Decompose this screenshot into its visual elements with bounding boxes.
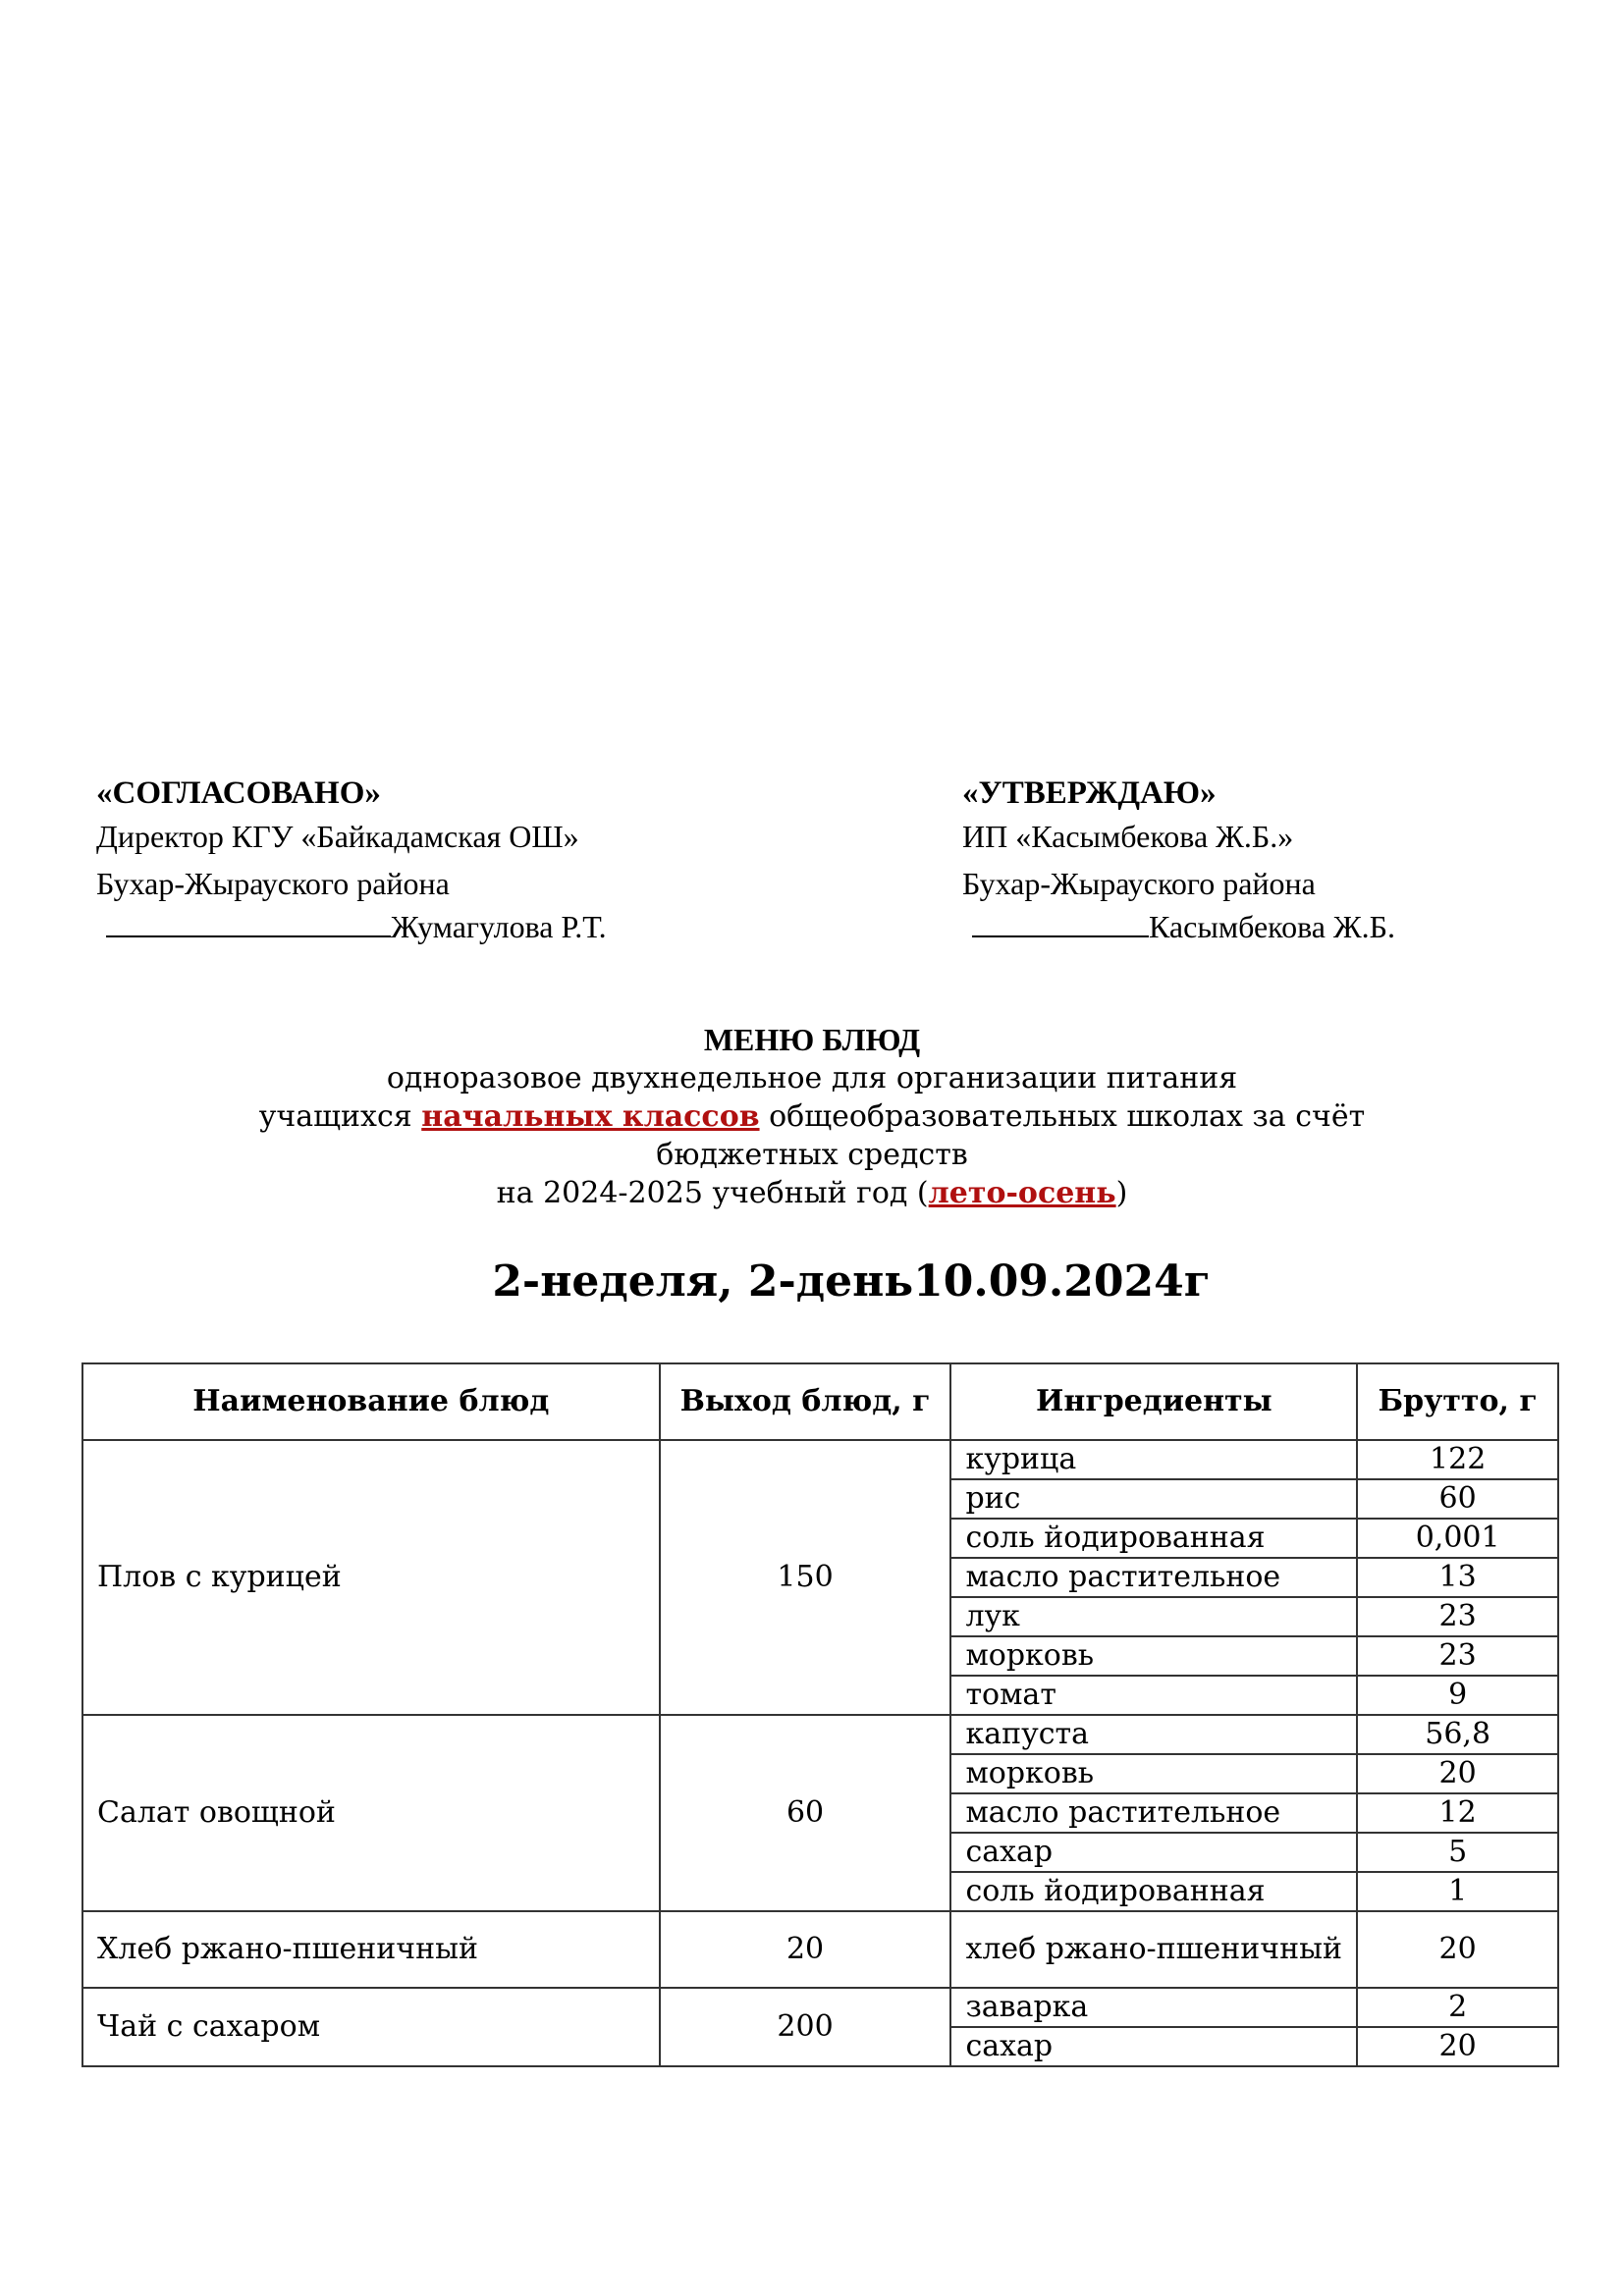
- table-header-row: Наименование блюд Выход блюд, г Ингредие…: [82, 1363, 1558, 1440]
- ingredient-gross: 0,001: [1357, 1519, 1558, 1558]
- ingredient-name: сахар: [950, 1833, 1357, 1872]
- ingredient-gross: 56,8: [1357, 1715, 1558, 1754]
- ingredient-gross: 20: [1357, 2027, 1558, 2066]
- ingredient-name: капуста: [950, 1715, 1357, 1754]
- dish-name: Салат овощной: [82, 1715, 660, 1911]
- header-yield: Выход блюд, г: [660, 1363, 951, 1440]
- ingredient-gross: 1: [1357, 1872, 1558, 1911]
- menu-title: МЕНЮ БЛЮД: [0, 1021, 1624, 1059]
- dish-name: Плов с курицей: [82, 1440, 660, 1715]
- table-row: Чай с сахаром200заварка2: [82, 1988, 1558, 2027]
- menu-title-block: МЕНЮ БЛЮД одноразовое двухнедельное для …: [0, 1021, 1624, 1212]
- approval-signer: Касымбекова Ж.Б.: [1149, 909, 1395, 944]
- menu-table: Наименование блюд Выход блюд, г Ингредие…: [81, 1362, 1559, 2067]
- ingredient-gross: 23: [1357, 1636, 1558, 1676]
- ingredient-name: морковь: [950, 1636, 1357, 1676]
- ingredient-gross: 20: [1357, 1754, 1558, 1793]
- ingredient-name: соль йодированная: [950, 1872, 1357, 1911]
- ingredient-name: хлеб ржано-пшеничный: [950, 1911, 1357, 1988]
- highlight-grade: начальных классов: [421, 1099, 759, 1134]
- menu-subtitle-4: на 2024-2025 учебный год (лето-осень): [0, 1174, 1624, 1212]
- ingredient-name: заварка: [950, 1988, 1357, 2027]
- approval-signer: Жумагулова Р.Т.: [391, 909, 607, 944]
- ingredient-name: лук: [950, 1597, 1357, 1636]
- approval-signature-line: Жумагулова Р.Т.: [96, 905, 607, 948]
- ingredient-name: соль йодированная: [950, 1519, 1357, 1558]
- table-row: Салат овощной60капуста56,8: [82, 1715, 1558, 1754]
- table-row: Плов с курицей150курица122: [82, 1440, 1558, 1479]
- ingredient-name: томат: [950, 1676, 1357, 1715]
- approval-district: Бухар-Жырауского района: [962, 862, 1395, 905]
- menu-table-body: Плов с курицей150курица122рис60соль йоди…: [82, 1440, 1558, 2066]
- dish-yield: 150: [660, 1440, 951, 1715]
- approval-district: Бухар-Жырауского района: [96, 862, 607, 905]
- dish-yield: 200: [660, 1988, 951, 2066]
- approval-position: ИП «Касымбекова Ж.Б.»: [962, 815, 1395, 858]
- ingredient-gross: 23: [1357, 1597, 1558, 1636]
- ingredient-gross: 5: [1357, 1833, 1558, 1872]
- menu-subtitle-1: одноразовое двухнедельное для организаци…: [0, 1059, 1624, 1097]
- approval-block-approved: «УТВЕРЖДАЮ» ИП «Касымбекова Ж.Б.» Бухар-…: [962, 772, 1395, 948]
- ingredient-name: рис: [950, 1479, 1357, 1519]
- menu-subtitle-3: бюджетных средств: [0, 1136, 1624, 1174]
- header-ingredients: Ингредиенты: [950, 1363, 1357, 1440]
- ingredient-gross: 13: [1357, 1558, 1558, 1597]
- menu-subtitle-2: учащихся начальных классов общеобразоват…: [0, 1097, 1624, 1136]
- signature-blank: [106, 910, 391, 937]
- approval-heading: «УТВЕРЖДАЮ»: [962, 772, 1395, 815]
- ingredient-gross: 12: [1357, 1793, 1558, 1833]
- ingredient-name: морковь: [950, 1754, 1357, 1793]
- dish-yield: 60: [660, 1715, 951, 1911]
- highlight-season: лето-осень: [929, 1176, 1116, 1210]
- header-dish: Наименование блюд: [82, 1363, 660, 1440]
- approval-block-agreed: «СОГЛАСОВАНО» Директор КГУ «Байкадамская…: [96, 772, 607, 948]
- table-row: Хлеб ржано-пшеничный20хлеб ржано-пшеничн…: [82, 1911, 1558, 1988]
- header-gross: Брутто, г: [1357, 1363, 1558, 1440]
- dish-name: Хлеб ржано-пшеничный: [82, 1911, 660, 1988]
- dish-name: Чай с сахаром: [82, 1988, 660, 2066]
- ingredient-gross: 2: [1357, 1988, 1558, 2027]
- ingredient-name: масло растительное: [950, 1793, 1357, 1833]
- ingredient-gross: 60: [1357, 1479, 1558, 1519]
- ingredient-gross: 9: [1357, 1676, 1558, 1715]
- ingredient-name: масло растительное: [950, 1558, 1357, 1597]
- ingredient-name: сахар: [950, 2027, 1357, 2066]
- document-page: «СОГЛАСОВАНО» Директор КГУ «Байкадамская…: [0, 0, 1624, 2296]
- dish-yield: 20: [660, 1911, 951, 1988]
- signature-blank: [972, 910, 1149, 937]
- ingredient-gross: 122: [1357, 1440, 1558, 1479]
- approval-position: Директор КГУ «Байкадамская ОШ»: [96, 815, 607, 858]
- ingredient-name: курица: [950, 1440, 1357, 1479]
- day-title: 2-неделя, 2-день10.09.2024г: [0, 1256, 1624, 1307]
- ingredient-gross: 20: [1357, 1911, 1558, 1988]
- approval-heading: «СОГЛАСОВАНО»: [96, 772, 607, 815]
- approval-signature-line: Касымбекова Ж.Б.: [962, 905, 1395, 948]
